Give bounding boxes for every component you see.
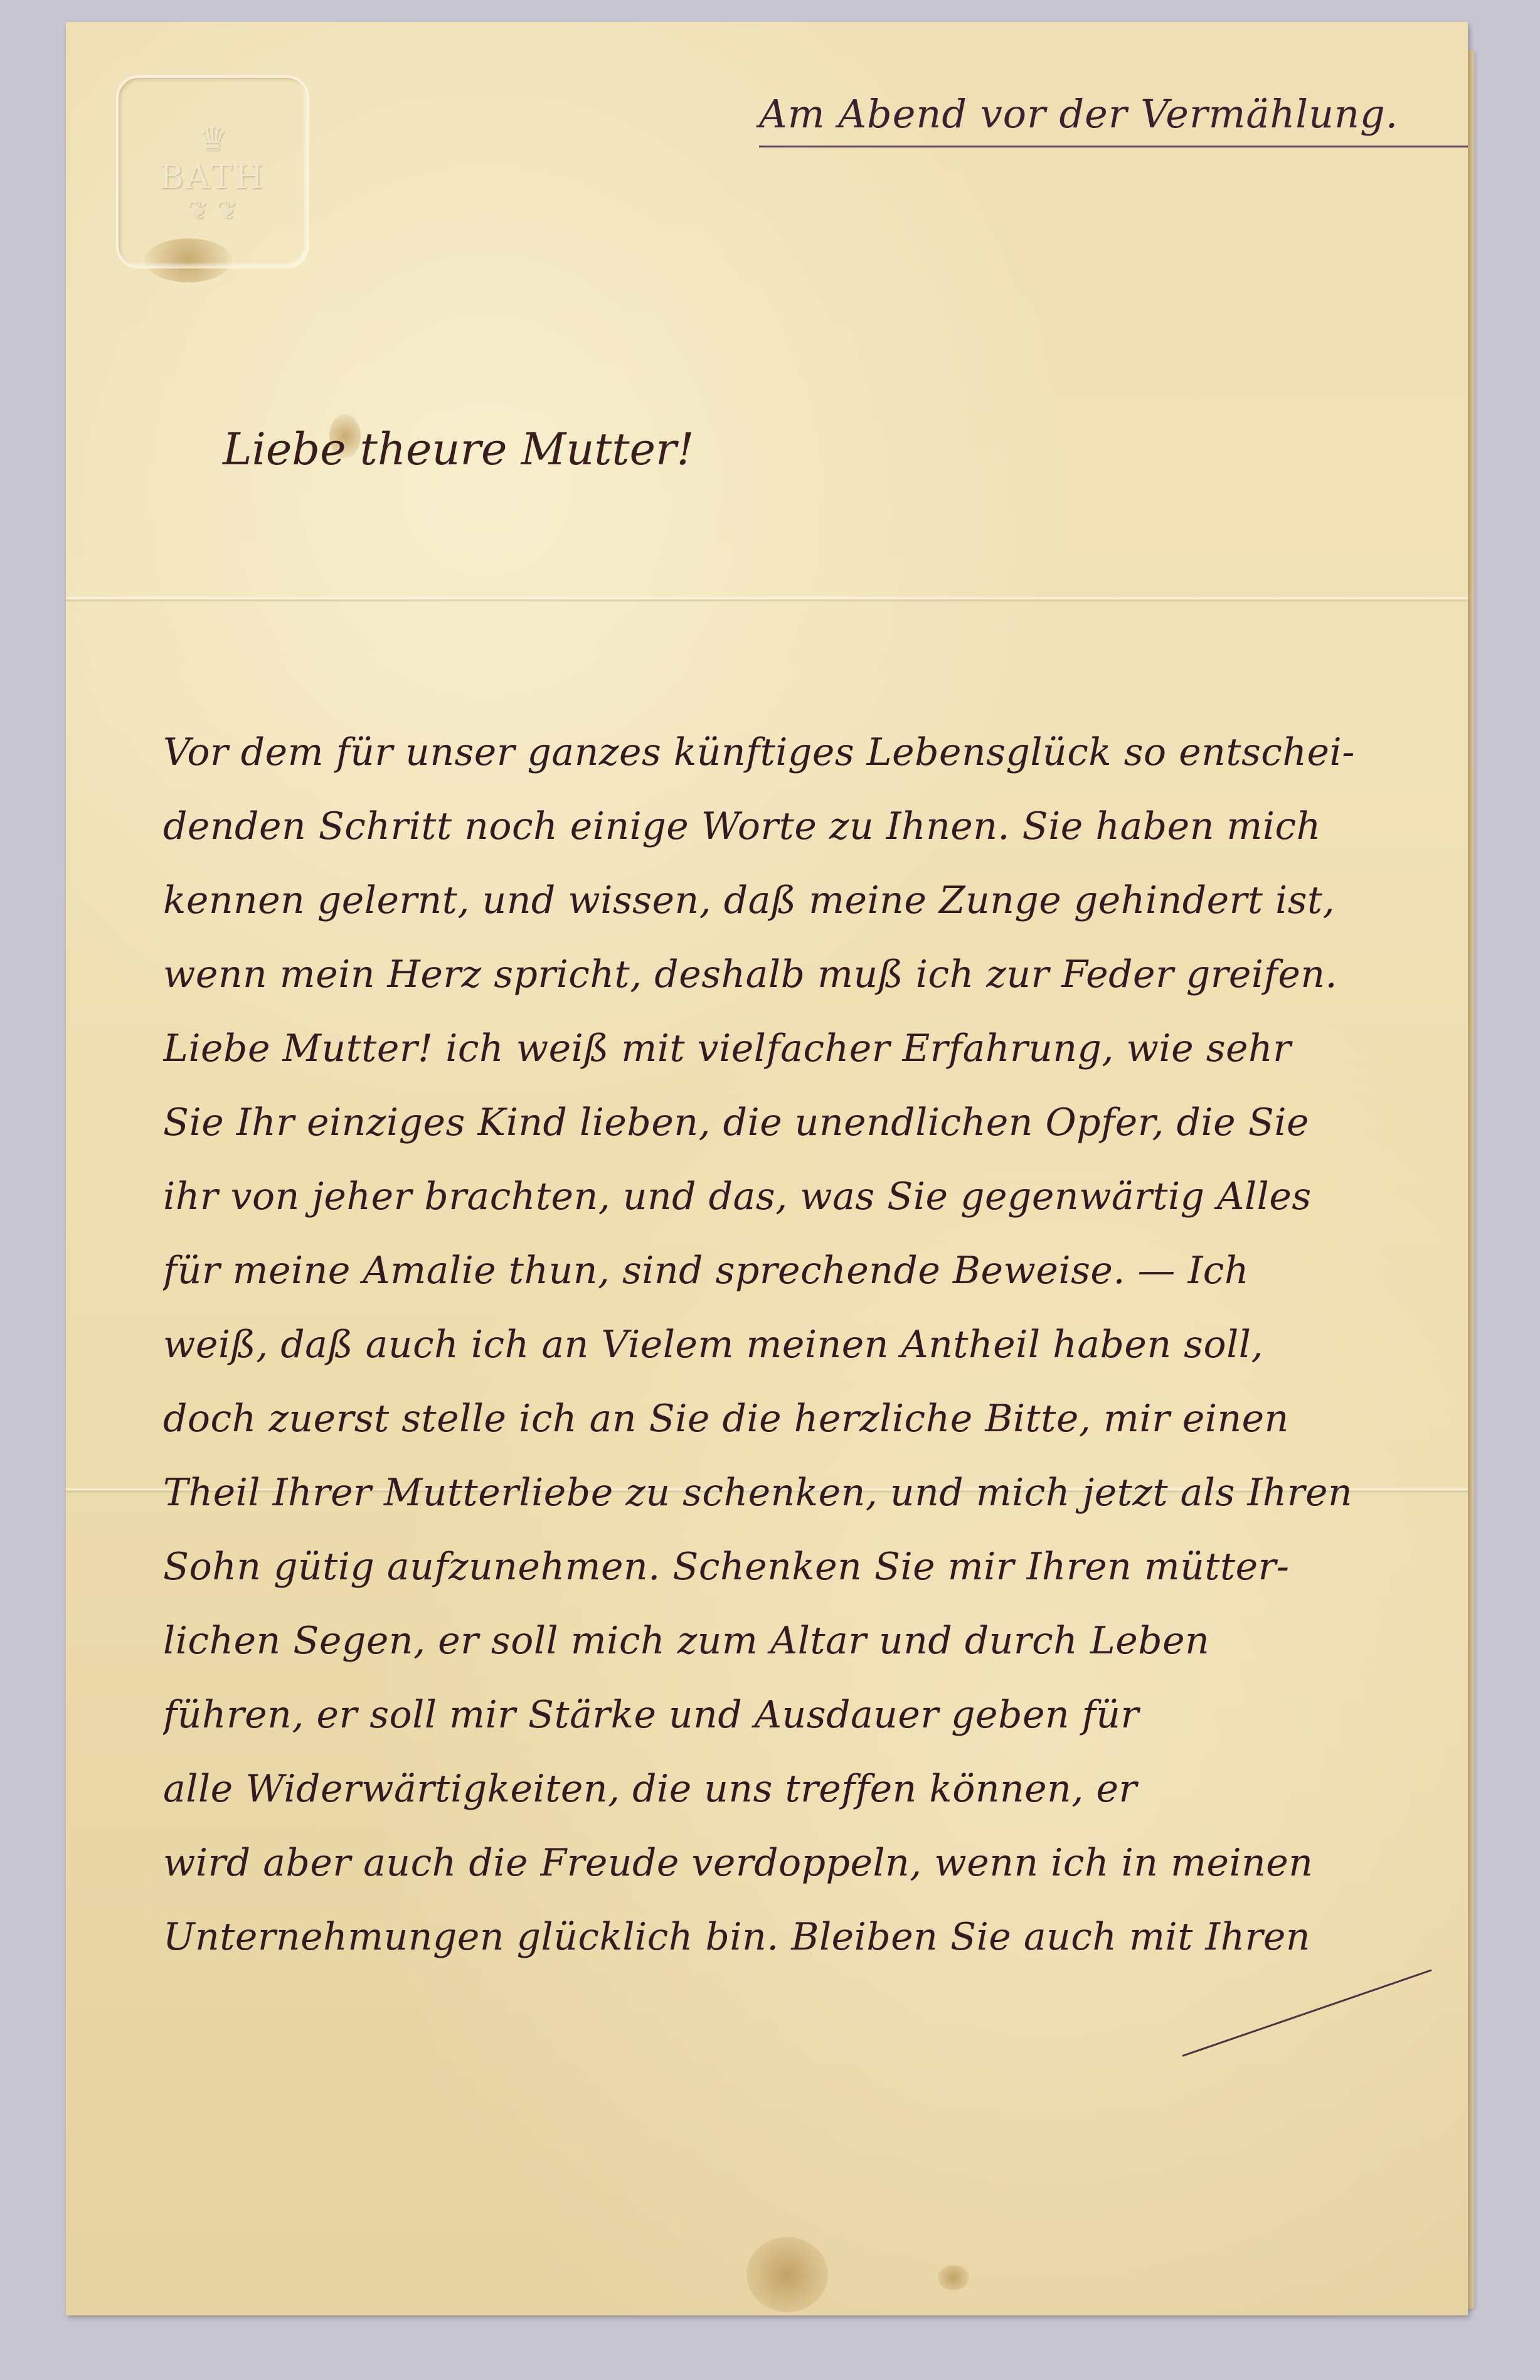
pen-stroke-mark bbox=[1182, 1969, 1432, 2057]
letter-line: wird aber auch die Freude verdoppeln, we… bbox=[163, 1826, 1455, 1900]
stamp-text: BATH bbox=[160, 159, 266, 196]
letter-page: ♛ BATH ❦ ❦ Am Abend vor der Vermählung. … bbox=[66, 22, 1468, 2315]
letter-salutation: Liebe theure Mutter! bbox=[223, 424, 694, 475]
laurel-icon: ❦ ❦ bbox=[188, 196, 238, 225]
letter-line: führen, er soll mir Stärke und Ausdauer … bbox=[163, 1678, 1455, 1752]
stain-mark bbox=[746, 2237, 828, 2312]
letter-line: Theil Ihrer Mutterliebe zu schenken, und… bbox=[163, 1456, 1455, 1530]
letter-line: wenn mein Herz spricht, deshalb muß ich … bbox=[163, 937, 1455, 1011]
letter-line: Vor dem für unser ganzes künftiges Leben… bbox=[163, 715, 1455, 789]
letter-line: ihr von jeher brachten, und das, was Sie… bbox=[163, 1160, 1455, 1234]
letter-line: denden Schritt noch einige Worte zu Ihne… bbox=[163, 789, 1455, 863]
stain-mark bbox=[938, 2265, 969, 2290]
letter-line: alle Widerwärtigkeiten, die uns treffen … bbox=[163, 1752, 1455, 1826]
letter-line: lichen Segen, er soll mich zum Altar und… bbox=[163, 1604, 1455, 1678]
letter-body: Vor dem für unser ganzes künftiges Leben… bbox=[163, 715, 1455, 1974]
letter-line: für meine Amalie thun, sind sprechende B… bbox=[163, 1234, 1455, 1308]
letter-heading: Am Abend vor der Vermählung. bbox=[759, 91, 1468, 147]
letter-line: Liebe Mutter! ich weiß mit vielfacher Er… bbox=[163, 1011, 1455, 1086]
paper-fold-line bbox=[66, 596, 1468, 602]
crown-icon: ♛ bbox=[198, 119, 228, 159]
letter-line: kennen gelernt, und wissen, daß meine Zu… bbox=[163, 863, 1455, 937]
letter-line: Sohn gütig aufzunehmen. Schenken Sie mir… bbox=[163, 1530, 1455, 1604]
letter-line: weiß, daß auch ich an Vielem meinen Anth… bbox=[163, 1308, 1455, 1382]
letter-line: doch zuerst stelle ich an Sie die herzli… bbox=[163, 1382, 1455, 1456]
letter-line: Unternehmungen glücklich bin. Bleiben Si… bbox=[163, 1900, 1455, 1974]
letter-line: Sie Ihr einziges Kind lieben, die unendl… bbox=[163, 1086, 1455, 1160]
embossed-bath-stamp: ♛ BATH ❦ ❦ bbox=[116, 75, 309, 269]
